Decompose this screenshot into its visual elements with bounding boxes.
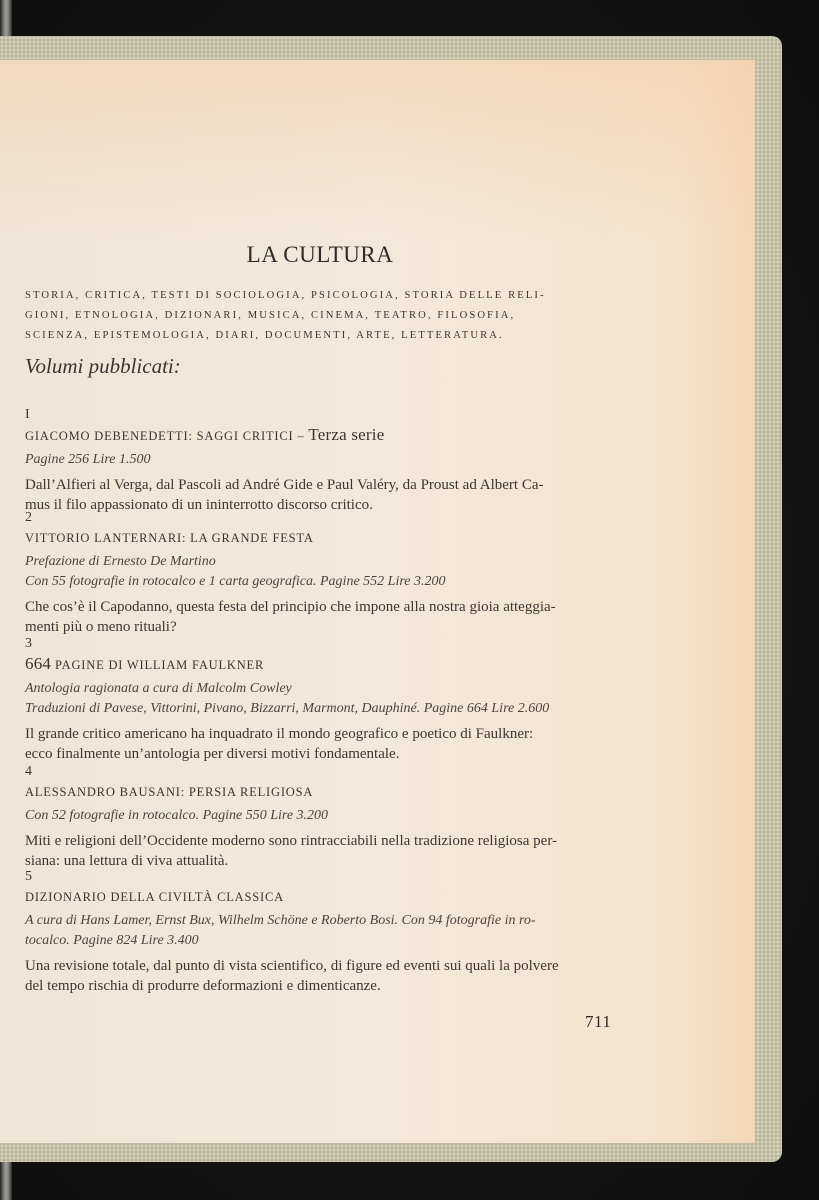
volume-title: DIZIONARIO DELLA CIVILTÀ CLASSICA bbox=[25, 886, 615, 908]
description-line: Che cos’è il Capodanno, questa festa del… bbox=[25, 597, 615, 617]
page-title: LA CULTURA bbox=[25, 242, 615, 268]
page-number: 711 bbox=[585, 1012, 611, 1032]
volume-entry: 2 VITTORIO LANTERNARI: LA GRANDE FESTA P… bbox=[25, 509, 615, 637]
volume-number: 5 bbox=[25, 868, 615, 886]
volume-heading: GIACOMO DEBENEDETTI: SAGGI CRITICI – Ter… bbox=[25, 424, 615, 447]
volume-description: Il grande critico americano ha inquadrat… bbox=[25, 724, 615, 764]
description-line: ecco finalmente un’antologia per diversi… bbox=[25, 744, 615, 764]
description-line: menti più o meno rituali? bbox=[25, 617, 615, 637]
description-line: Una revisione totale, dal punto di vista… bbox=[25, 956, 615, 976]
subjects-line: SCIENZA, EPISTEMOLOGIA, DIARI, DOCUMENTI… bbox=[25, 326, 615, 346]
volume-title: PAGINE DI WILLIAM FAULKNER bbox=[51, 658, 264, 672]
meta-line: Traduzioni di Pavese, Vittorini, Pivano,… bbox=[25, 699, 615, 719]
description-line: Miti e religioni dell’Occidente moderno … bbox=[25, 831, 615, 851]
volume-meta: Con 52 fotografie in rotocalco. Pagine 5… bbox=[25, 806, 615, 826]
book-page: LA CULTURA STORIA, CRITICA, TESTI DI SOC… bbox=[0, 60, 755, 1143]
volume-title-prefix: 664 bbox=[25, 654, 51, 673]
volume-entry: 4 ALESSANDRO BAUSANI: PERSIA RELIGIOSA C… bbox=[25, 763, 615, 871]
volume-meta: Pagine 256 Lire 1.500 bbox=[25, 450, 615, 470]
volume-meta: Prefazione di Ernesto De Martino Con 55 … bbox=[25, 552, 615, 592]
volume-title: ALESSANDRO BAUSANI: PERSIA RELIGIOSA bbox=[25, 781, 615, 803]
subjects-line: STORIA, CRITICA, TESTI DI SOCIOLOGIA, PS… bbox=[25, 286, 615, 306]
meta-line: tocalco. Pagine 824 Lire 3.400 bbox=[25, 931, 615, 951]
meta-line: Prefazione di Ernesto De Martino bbox=[25, 552, 615, 572]
volume-description: Che cos’è il Capodanno, questa festa del… bbox=[25, 597, 615, 637]
volume-meta: Antologia ragionata a cura di Malcolm Co… bbox=[25, 679, 615, 719]
volume-number: I bbox=[25, 406, 615, 424]
meta-line: A cura di Hans Lamer, Ernst Bux, Wilhelm… bbox=[25, 911, 615, 931]
volume-title-extra: Terza serie bbox=[308, 425, 384, 444]
volume-title: GIACOMO DEBENEDETTI: SAGGI CRITICI – bbox=[25, 429, 308, 443]
volume-entry: I GIACOMO DEBENEDETTI: SAGGI CRITICI – T… bbox=[25, 406, 615, 515]
description-line: Il grande critico americano ha inquadrat… bbox=[25, 724, 615, 744]
published-volumes-label: Volumi pubblicati: bbox=[25, 354, 181, 379]
volume-number: 3 bbox=[25, 635, 615, 653]
volume-entry: 3 664 PAGINE DI WILLIAM FAULKNER Antolog… bbox=[25, 635, 615, 764]
volume-number: 4 bbox=[25, 763, 615, 781]
volume-description: Miti e religioni dell’Occidente moderno … bbox=[25, 831, 615, 871]
volume-title: VITTORIO LANTERNARI: LA GRANDE FESTA bbox=[25, 527, 615, 549]
meta-line: Con 55 fotografie in rotocalco e 1 carta… bbox=[25, 572, 615, 592]
volume-heading: 664 PAGINE DI WILLIAM FAULKNER bbox=[25, 653, 615, 676]
subjects-line: GIONI, ETNOLOGIA, DIZIONARI, MUSICA, CIN… bbox=[25, 306, 615, 326]
volume-meta: A cura di Hans Lamer, Ernst Bux, Wilhelm… bbox=[25, 911, 615, 951]
volume-description: Una revisione totale, dal punto di vista… bbox=[25, 956, 615, 996]
volume-entry: 5 DIZIONARIO DELLA CIVILTÀ CLASSICA A cu… bbox=[25, 868, 615, 996]
volume-number: 2 bbox=[25, 509, 615, 527]
meta-line: Antologia ragionata a cura di Malcolm Co… bbox=[25, 679, 615, 699]
subjects-list: STORIA, CRITICA, TESTI DI SOCIOLOGIA, PS… bbox=[25, 286, 615, 346]
description-line: Dall’Alfieri al Verga, dal Pascoli ad An… bbox=[25, 475, 615, 495]
description-line: del tempo rischia di produrre deformazio… bbox=[25, 976, 615, 996]
